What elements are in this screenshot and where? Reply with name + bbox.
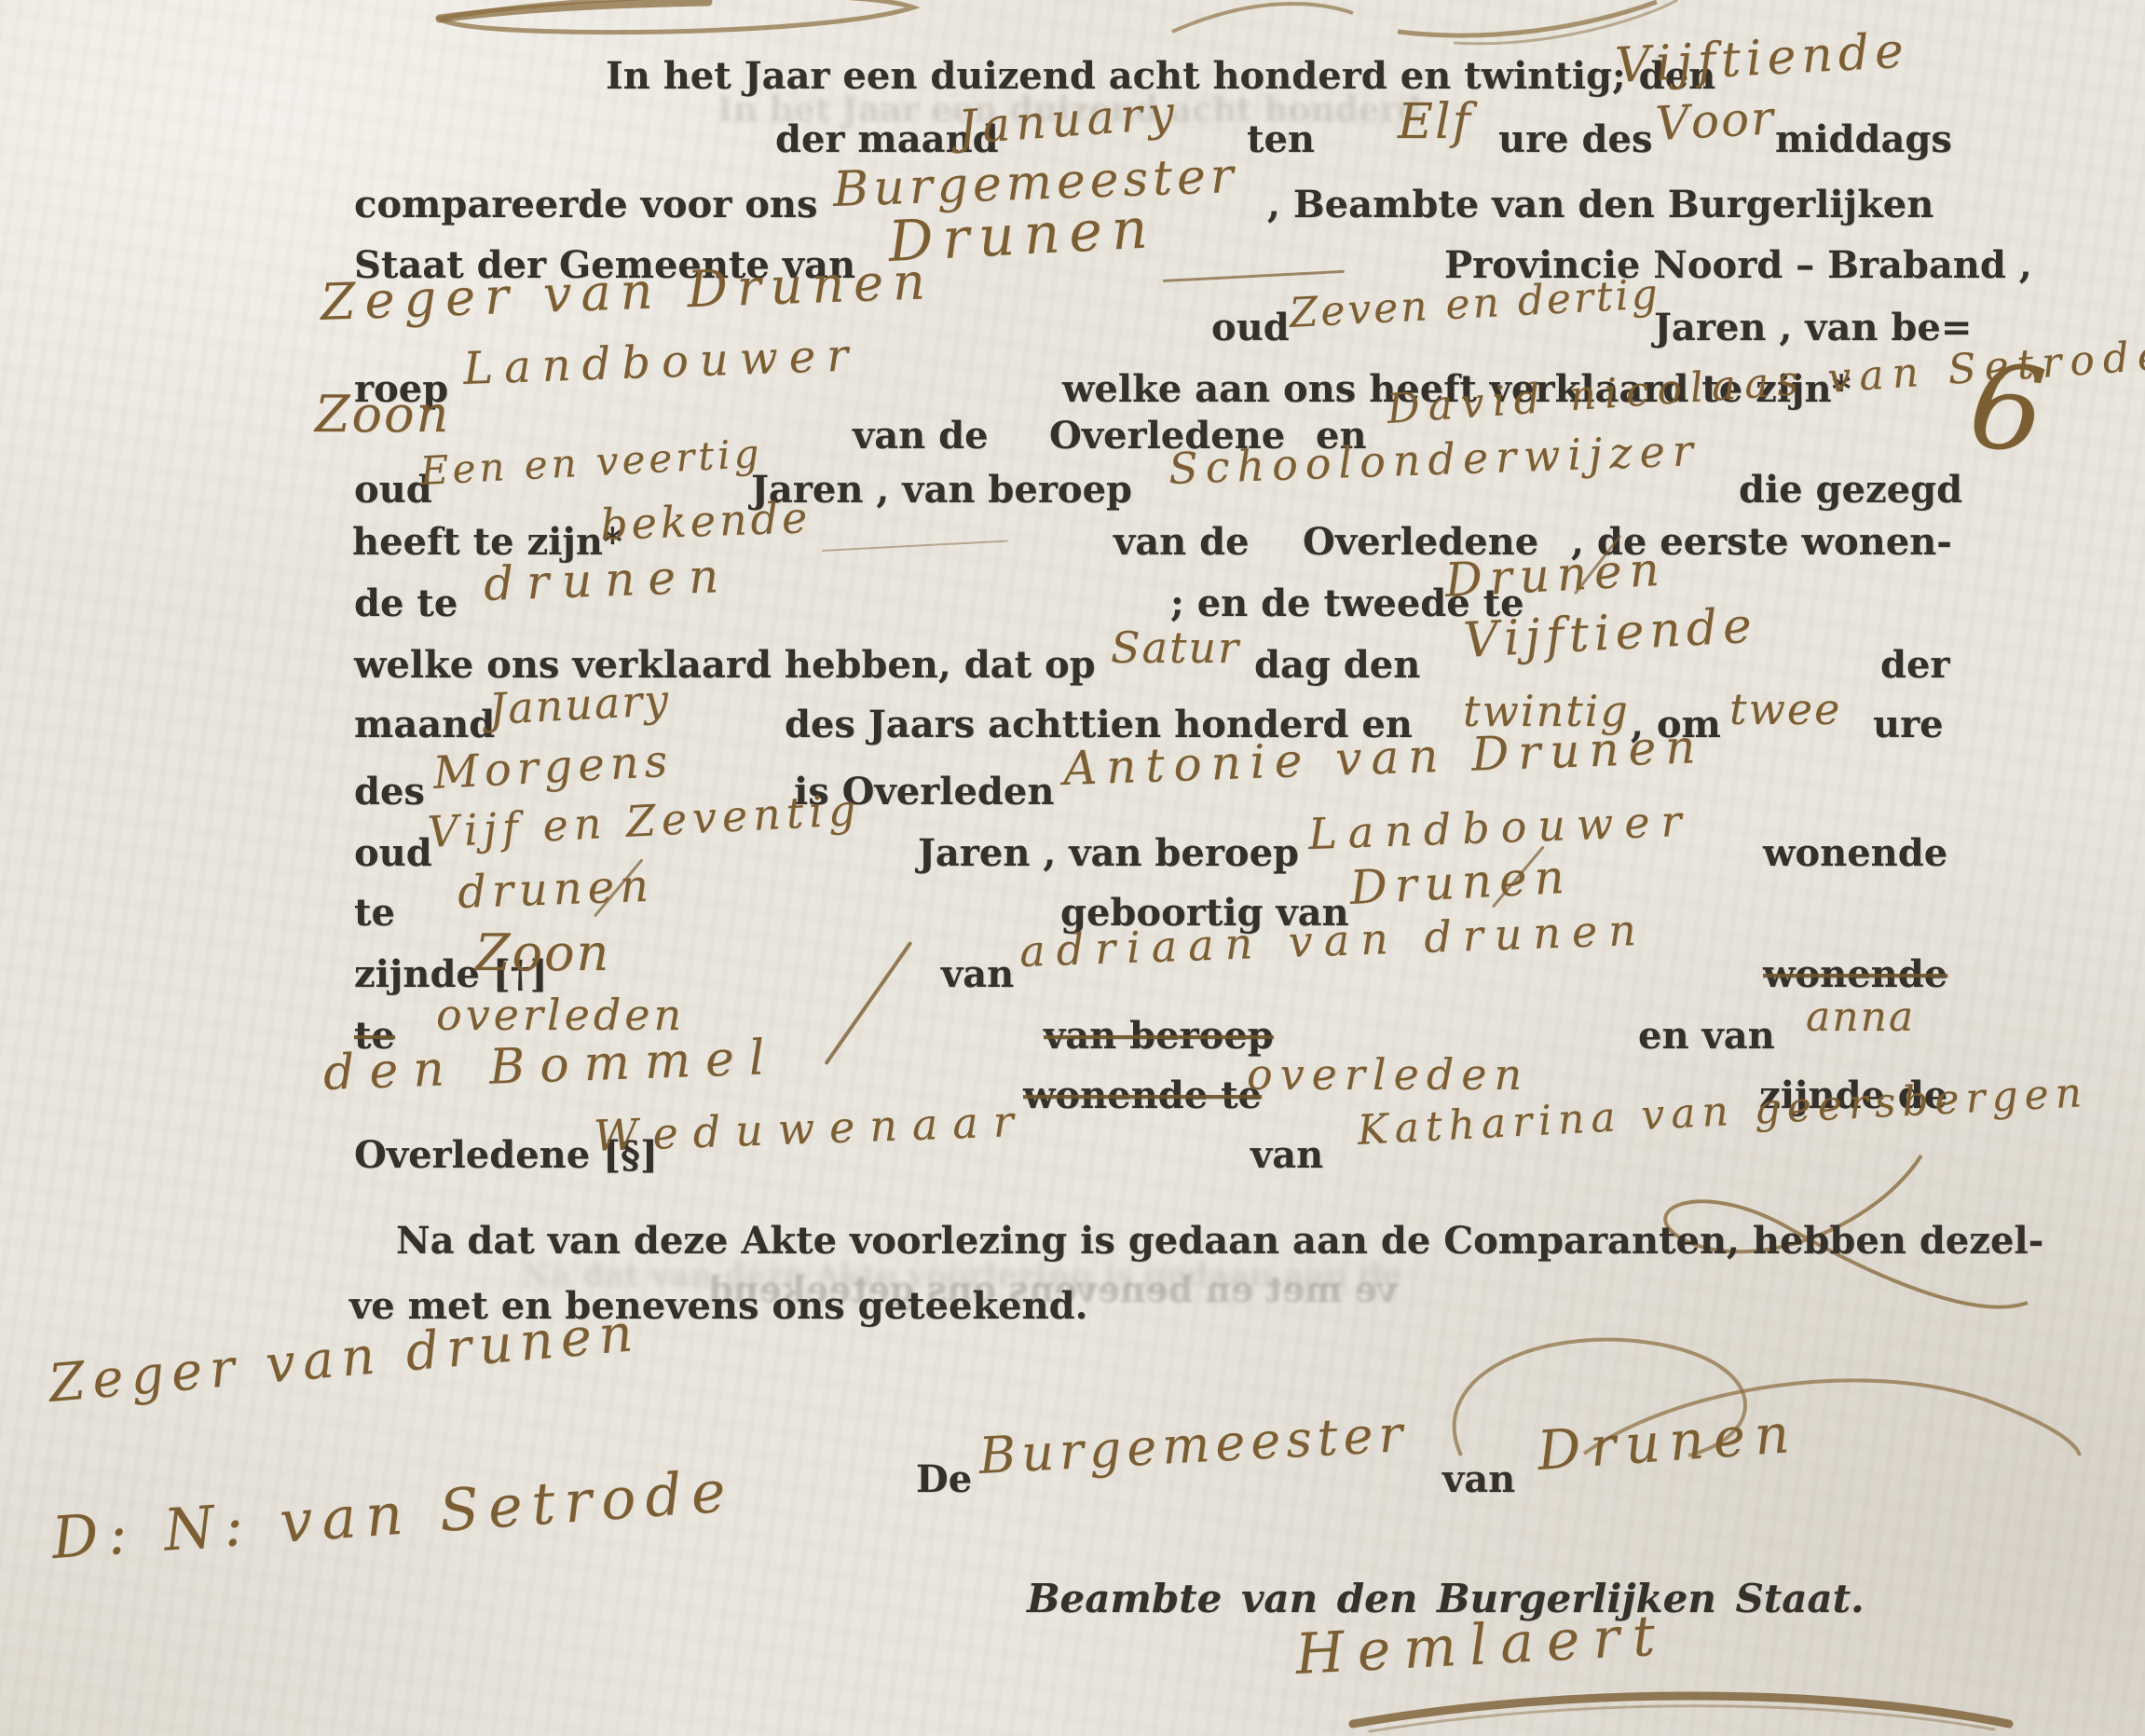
flourish-top-right-2 xyxy=(1398,2,1657,35)
entry-father-status: overleden xyxy=(436,993,685,1036)
print-middags: middags xyxy=(1775,121,1952,158)
entry-marital-status: Weduwenaar xyxy=(593,1100,1029,1157)
death-record-scan: In het Jaar een duizend acht honderd en … xyxy=(0,0,2145,1736)
entry-declarant1-occupation: Landbouwer xyxy=(462,333,860,391)
print-verklaard-dat-op: welke ons verklaard hebben, dat op xyxy=(354,647,1096,684)
print-beambte: , Beambte van den Burgerlijken xyxy=(1267,186,1933,224)
print-wonende-1: wonende xyxy=(1763,835,1947,872)
print-van-de-2: van de xyxy=(1113,524,1250,561)
ghost-bleedthrough-mirrored: ve met en benevens ons geteekend xyxy=(708,1272,1398,1307)
entry-declarant2-age: Een en veertig xyxy=(419,434,764,491)
entry-death-hour: twee xyxy=(1729,688,1841,731)
signature-mayor: Hemlaert xyxy=(1294,1607,1670,1683)
margin-number: 6 xyxy=(1964,348,2052,472)
print-van-1: van xyxy=(941,956,1014,993)
print-jaren-beroep-3: Jaren , van beroep xyxy=(918,835,1299,872)
flourish-top-left-oval-thick xyxy=(440,2,708,19)
flourish-mayor-underline xyxy=(1353,1696,2009,1724)
entry-deceased-age: Vijf en Zeventig xyxy=(427,788,863,854)
print-van-de-1: van de xyxy=(853,417,989,455)
entry-death-day: Vijftiende xyxy=(1462,602,1758,665)
flourish-top-right-1 xyxy=(1172,4,1353,32)
ink-stroke-drunen-tail xyxy=(1163,270,1345,282)
ink-stroke-bekende-dash xyxy=(822,540,1008,552)
print-en-van: en van xyxy=(1638,1018,1775,1055)
entry-birthplace: Drunen xyxy=(1348,854,1572,911)
entry-declarant1-age: Zeven en dertig xyxy=(1289,274,1661,335)
entry-sig-title: Burgemeester xyxy=(977,1409,1409,1482)
print-van-2: van xyxy=(1250,1137,1323,1174)
print-dag-den: dag den xyxy=(1254,647,1420,684)
print-maand-2: maand xyxy=(354,706,495,744)
entry-weekday: Satur xyxy=(1111,626,1240,669)
entry-sig-place: Drunen xyxy=(1536,1406,1800,1478)
print-van-3: van xyxy=(1442,1461,1515,1498)
entry-mother-name2: den Bommel xyxy=(322,1033,780,1098)
print-de: De xyxy=(916,1461,972,1498)
entry-death-month: January xyxy=(488,678,672,731)
entry-death-daypart: Morgens xyxy=(431,739,674,796)
entry-hour: Elf xyxy=(1398,98,1472,146)
print-ten: ten xyxy=(1247,121,1315,158)
print-des-2: des xyxy=(354,773,425,811)
entry-month: January xyxy=(957,89,1182,151)
print-te-1: te xyxy=(354,895,395,932)
entry-mother-name1: anna xyxy=(1806,997,1915,1038)
print-die-gezegd: die gezegd xyxy=(1739,472,1962,509)
entry-declarant2-relation: bekende xyxy=(599,496,812,546)
print-wonende-struck: wonende xyxy=(1763,956,1947,993)
entry-mother-status: overleden xyxy=(1247,1053,1529,1096)
entry-residence2: Drunen xyxy=(1443,546,1667,604)
print-closing-1: Na dat van deze Akte voorlezing is gedaa… xyxy=(396,1223,2043,1260)
print-wonende-te-struck: wonende te xyxy=(1023,1077,1262,1114)
print-jaren-beroep-1: Jaren , van be= xyxy=(1654,309,1972,347)
ink-stroke-overleden-slash xyxy=(824,941,912,1065)
print-ure-des: ure des xyxy=(1498,121,1652,158)
flourish-mayor-underline-echo xyxy=(1370,1706,1994,1731)
entry-residence1: drunen xyxy=(483,553,732,608)
entry-deceased-occupation: Landbouwer xyxy=(1307,800,1693,855)
print-ure-2: ure xyxy=(1873,706,1944,744)
entry-deceased-residence: drunen xyxy=(457,864,654,915)
print-der-2: der xyxy=(1880,647,1950,684)
flourish-top-left-oval xyxy=(440,0,913,33)
print-oud-3: oud xyxy=(354,835,432,872)
entry-daypart: Voor xyxy=(1654,94,1776,147)
print-de-te: de te xyxy=(354,585,458,622)
signature-declarant2: D: N: van Setrode xyxy=(50,1462,737,1567)
entry-declarant1-relation: Zoon xyxy=(315,390,450,440)
print-beambte-line: Beambte van den Burgerlijken Staat. xyxy=(1027,1579,1865,1619)
entry-deceased-relation: Zoon xyxy=(475,928,610,978)
print-van-beroep-struck: van beroep xyxy=(1044,1018,1274,1055)
entry-day: Vijftiende xyxy=(1614,27,1910,90)
signature-declarant1: Zeger van drunen xyxy=(47,1307,642,1411)
print-oud-1: oud xyxy=(1211,309,1290,347)
print-compareerde: compareerde voor ons xyxy=(354,186,818,224)
